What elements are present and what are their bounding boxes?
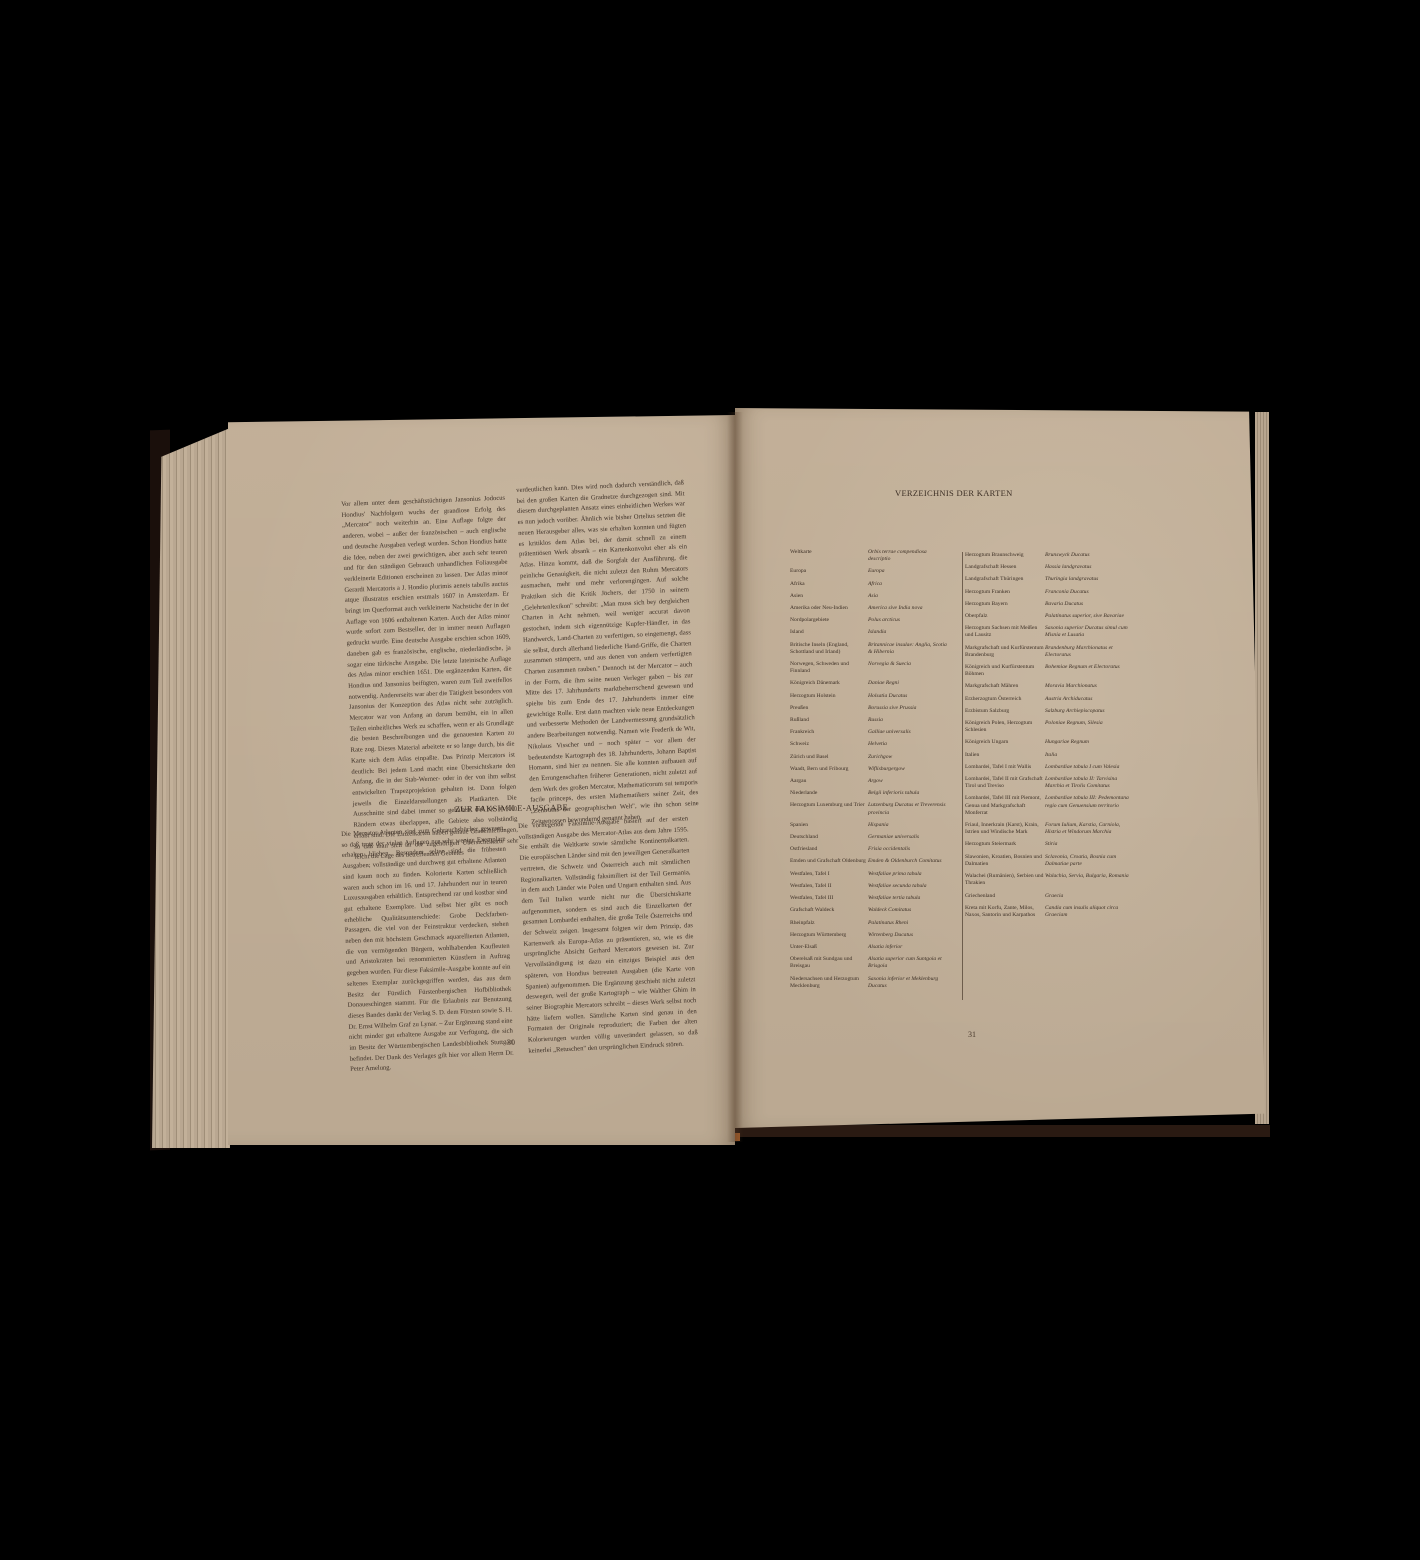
- toc-german-title: Niederlande: [790, 790, 868, 797]
- toc-entry: Britische Inseln (England, Schottland un…: [790, 642, 950, 656]
- toc-german-title: Markgrafschaft Mähren: [965, 683, 1045, 690]
- toc-latin-title: Brandenburg Marchionatus et Electoratus: [1045, 645, 1135, 659]
- toc-entry: GriechenlandGraecia: [965, 893, 1135, 900]
- toc-latin-title: Austria Archiducatus: [1045, 696, 1135, 703]
- toc-latin-title: America sive India nova: [868, 605, 950, 612]
- toc-column-right: Herzogtum BraunschweigBrunswyck DucatusL…: [965, 552, 1135, 924]
- toc-entry: Grafschaft WaldeckWaldeck Comitatus: [790, 907, 950, 914]
- toc-german-title: Griechenland: [965, 893, 1045, 900]
- left-page-column-4: Die vorliegende Faksimile-Ausgabe basier…: [518, 814, 699, 1057]
- toc-german-title: Zürich und Basel: [790, 754, 868, 761]
- book-gutter: [727, 412, 743, 1142]
- toc-latin-title: Moravia Marchionatus: [1045, 683, 1135, 690]
- toc-entry: AfrikaAfrica: [790, 581, 950, 588]
- toc-german-title: Westfalen, Tafel I: [790, 871, 868, 878]
- toc-entry: Herzogtum BraunschweigBrunswyck Ducatus: [965, 552, 1135, 559]
- toc-entry: Herzogtum Luxemburg und TrierLutzenburg …: [790, 802, 950, 816]
- toc-entry: Walachei (Rumänien), Serbien und Thrakie…: [965, 873, 1135, 887]
- toc-entry: Markgrafschaft und Kurfürstentum Branden…: [965, 645, 1135, 659]
- toc-latin-title: Graecia: [1045, 893, 1135, 900]
- toc-latin-title: Daniae Regni: [868, 680, 950, 687]
- toc-entry: SpanienHispania: [790, 822, 950, 829]
- toc-german-title: Europa: [790, 568, 868, 575]
- toc-german-title: Asien: [790, 593, 868, 600]
- toc-latin-title: Argow: [868, 778, 950, 785]
- toc-entry: Niedersachsen und Herzogtum MecklenburgS…: [790, 976, 950, 990]
- toc-entry: Westfalen, Tafel IIWestfaliae secunda ta…: [790, 883, 950, 890]
- left-page-column-2: verdeutlichen kann. Dies wird noch dadur…: [516, 478, 699, 828]
- toc-entry: Westfalen, Tafel IWestfaliae prima tabul…: [790, 871, 950, 878]
- open-book: Vor allem unter dem geschäftstüchtigen J…: [0, 0, 1420, 1560]
- toc-latin-title: Germaniae universalis: [868, 834, 950, 841]
- column-divider: [962, 552, 963, 1000]
- toc-german-title: Lombardei, Tafel I mit Wallis: [965, 764, 1045, 771]
- toc-entry: Zürich und BaselZurichgow: [790, 754, 950, 761]
- toc-latin-title: Salzburg Archiepiscopatus: [1045, 708, 1135, 715]
- toc-entry: DeutschlandGermaniae universalis: [790, 834, 950, 841]
- toc-german-title: Grafschaft Waldeck: [790, 907, 868, 914]
- toc-german-title: Königreich Dänemark: [790, 680, 868, 687]
- toc-german-title: Frankreich: [790, 729, 868, 736]
- toc-latin-title: Islandia: [868, 629, 950, 636]
- toc-german-title: Herzogtum Braunschweig: [965, 552, 1045, 559]
- toc-entry: Emden und Grafschaft OldenburgEmden & Ol…: [790, 858, 950, 865]
- toc-latin-title: Hassia landgravatus: [1045, 564, 1135, 571]
- toc-german-title: Deutschland: [790, 834, 868, 841]
- toc-german-title: Weltkarte: [790, 549, 868, 563]
- toc-entry: ItalienItalia: [965, 752, 1135, 759]
- toc-latin-title: Westfaliae secunda tabula: [868, 883, 950, 890]
- toc-latin-title: Britannicae insulae: Anglia, Scotia & Hi…: [868, 642, 950, 656]
- section-heading: ZUR FAKSIMILE-AUSGABE: [455, 802, 568, 814]
- toc-entry: Herzogtum WürttembergWirtenberg Ducatus: [790, 932, 950, 939]
- toc-latin-title: Sclavonia, Croatia, Bosnia cum Dalmatiae…: [1045, 854, 1135, 868]
- toc-latin-title: Frisia occidentalis: [868, 846, 950, 853]
- toc-entry: Slawonien, Kroatien, Bosnien und Dalmati…: [965, 854, 1135, 868]
- toc-entry: Königreich UngarnHungariae Regnum: [965, 739, 1135, 746]
- toc-entry: NiederlandeBelgii inferioris tabula: [790, 790, 950, 797]
- toc-latin-title: Stiria: [1045, 841, 1135, 848]
- toc-german-title: Friaul, Innerkrain (Karst), Krain, Istri…: [965, 822, 1045, 836]
- toc-latin-title: Lombardiae tabula II: Tarvisina Marchia …: [1045, 776, 1135, 790]
- toc-german-title: Herzogtum Steiermark: [965, 841, 1045, 848]
- toc-latin-title: Borussia sive Prussia: [868, 705, 950, 712]
- toc-entry: Königreich Polen, Herzogtum SchlesienPol…: [965, 720, 1135, 734]
- toc-latin-title: Emden & Oldenburch Comitatus: [868, 858, 950, 865]
- toc-german-title: Landgrafschaft Hessen: [965, 564, 1045, 571]
- toc-german-title: Herzogtum Württemberg: [790, 932, 868, 939]
- toc-entry: Herzogtum HolsteinHolsatia Ducatus: [790, 693, 950, 700]
- toc-german-title: Königreich und Kurfürstentum Böhmen: [965, 664, 1045, 678]
- toc-german-title: Rheinpfalz: [790, 920, 868, 927]
- body-text: Die Mercator-Atlanten sind zum Gebrauchs…: [341, 824, 514, 1076]
- page-title: VERZEICHNIS DER KARTEN: [895, 488, 1013, 498]
- toc-german-title: Markgrafschaft und Kurfürstentum Branden…: [965, 645, 1045, 659]
- toc-latin-title: Thuringia landgravatus: [1045, 576, 1135, 583]
- toc-german-title: Italien: [965, 752, 1045, 759]
- toc-entry: Herzogtum FrankenFranconia Ducatus: [965, 589, 1135, 596]
- toc-german-title: Westfalen, Tafel II: [790, 883, 868, 890]
- toc-latin-title: Italia: [1045, 752, 1135, 759]
- toc-german-title: Norwegen, Schweden und Finnland: [790, 661, 868, 675]
- toc-german-title: Island: [790, 629, 868, 636]
- toc-latin-title: Palatinatus Rheni: [868, 920, 950, 927]
- toc-entry: AargauArgow: [790, 778, 950, 785]
- toc-latin-title: Wiflisburgergow: [868, 766, 950, 773]
- toc-entry: Erzbistum SalzburgSalzburg Archiepiscopa…: [965, 708, 1135, 715]
- toc-entry: OberpfalzPalatinatus superior, sive Bava…: [965, 613, 1135, 620]
- toc-german-title: Herzogtum Bayern: [965, 601, 1045, 608]
- left-page-column-3: Die Mercator-Atlanten sind zum Gebrauchs…: [341, 824, 514, 1076]
- toc-german-title: Emden und Grafschaft Oldenburg: [790, 858, 868, 865]
- page-number-left: 30: [507, 1038, 515, 1047]
- toc-latin-title: Saxonia inferior et Meklenburg Ducatus: [868, 976, 950, 990]
- toc-entry: FrankreichGalliae universalis: [790, 729, 950, 736]
- toc-german-title: Landgrafschaft Thüringen: [965, 576, 1045, 583]
- toc-entry: Landgrafschaft HessenHassia landgravatus: [965, 564, 1135, 571]
- toc-german-title: Herzogtum Sachsen mit Meißen und Lausitz: [965, 625, 1045, 639]
- toc-latin-title: Hispania: [868, 822, 950, 829]
- toc-latin-title: Alsatia superior cum Suntgoia et Brisgoi…: [868, 956, 950, 970]
- toc-latin-title: Zurichgow: [868, 754, 950, 761]
- toc-german-title: Spanien: [790, 822, 868, 829]
- toc-latin-title: Westfaliae tertia tabula: [868, 895, 950, 902]
- toc-german-title: Königreich Ungarn: [965, 739, 1045, 746]
- toc-latin-title: Candia cum insulis aliquot circa Graecia…: [1045, 905, 1135, 919]
- toc-latin-title: Palatinatus superior, sive Bavariae: [1045, 613, 1135, 620]
- toc-entry: AsienAsia: [790, 593, 950, 600]
- toc-latin-title: Galliae universalis: [868, 729, 950, 736]
- toc-latin-title: Polus arcticus: [868, 617, 950, 624]
- toc-german-title: Afrika: [790, 581, 868, 588]
- toc-german-title: Oberelsaß mit Sundgau und Breisgau: [790, 956, 868, 970]
- toc-latin-title: Wirtenberg Ducatus: [868, 932, 950, 939]
- toc-entry: RheinpfalzPalatinatus Rheni: [790, 920, 950, 927]
- body-text: Die vorliegende Faksimile-Ausgabe basier…: [518, 814, 699, 1057]
- toc-entry: Lombardei, Tafel II mit Grafschaft Tirol…: [965, 776, 1135, 790]
- toc-entry: Amerika oder Neu-IndienAmerica sive Indi…: [790, 605, 950, 612]
- toc-entry: Erzherzogtum ÖsterreichAustria Archiduca…: [965, 696, 1135, 703]
- toc-german-title: Kreta mit Korfu, Zante, Milos, Naxos, Sa…: [965, 905, 1045, 919]
- toc-entry: Norwegen, Schweden und FinnlandNorvegia …: [790, 661, 950, 675]
- toc-german-title: Unter-Elsaß: [790, 944, 868, 951]
- toc-entry: EuropaEuropa: [790, 568, 950, 575]
- toc-german-title: Britische Inseln (England, Schottland un…: [790, 642, 868, 656]
- page-stack-left: [152, 428, 230, 1148]
- toc-entry: Kreta mit Korfu, Zante, Milos, Naxos, Sa…: [965, 905, 1135, 919]
- toc-entry: RußlandRussia: [790, 717, 950, 724]
- toc-german-title: Lombardei, Tafel III mit Piemont, Genua …: [965, 795, 1045, 817]
- toc-german-title: Schweiz: [790, 741, 868, 748]
- toc-entry: Lombardei, Tafel III mit Piemont, Genua …: [965, 795, 1135, 817]
- toc-latin-title: Franconia Ducatus: [1045, 589, 1135, 596]
- toc-entry: Lombardei, Tafel I mit WallisLombardiae …: [965, 764, 1135, 771]
- toc-latin-title: Helvetia: [868, 741, 950, 748]
- toc-german-title: Amerika oder Neu-Indien: [790, 605, 868, 612]
- toc-german-title: Herzogtum Luxemburg und Trier: [790, 802, 868, 816]
- toc-german-title: Herzogtum Holstein: [790, 693, 868, 700]
- page-number-right: 31: [968, 1030, 976, 1039]
- toc-latin-title: Russia: [868, 717, 950, 724]
- toc-german-title: Niedersachsen und Herzogtum Mecklenburg: [790, 976, 868, 990]
- toc-german-title: Aargau: [790, 778, 868, 785]
- toc-latin-title: Lutzenburg Ducatus et Treverensis provin…: [868, 802, 950, 816]
- toc-latin-title: Brunswyck Ducatus: [1045, 552, 1135, 559]
- toc-german-title: Erzherzogtum Österreich: [965, 696, 1045, 703]
- toc-latin-title: Alsatia inferior: [868, 944, 950, 951]
- toc-entry: OstfrieslandFrisia occidentalis: [790, 846, 950, 853]
- toc-german-title: Erzbistum Salzburg: [965, 708, 1045, 715]
- toc-german-title: Slawonien, Kroatien, Bosnien und Dalmati…: [965, 854, 1045, 868]
- toc-entry: IslandIslandia: [790, 629, 950, 636]
- toc-entry: WeltkarteOrbis terrae compendiosa descri…: [790, 549, 950, 563]
- toc-latin-title: Bohemiae Regnum et Electoratus: [1045, 664, 1135, 678]
- toc-entry: Herzogtum SteiermarkStiria: [965, 841, 1135, 848]
- toc-latin-title: Bavaria Ducatus: [1045, 601, 1135, 608]
- toc-entry: Landgrafschaft ThüringenThuringia landgr…: [965, 576, 1135, 583]
- toc-latin-title: Lombardiae tabula I cum Valesia: [1045, 764, 1135, 771]
- toc-latin-title: Saxonia superior Ducatus simul cum Misni…: [1045, 625, 1135, 639]
- toc-latin-title: Belgii inferioris tabula: [868, 790, 950, 797]
- toc-entry: SchweizHelvetia: [790, 741, 950, 748]
- toc-latin-title: Lombardiae tabula III: Pedemontana regio…: [1045, 795, 1135, 817]
- toc-german-title: Ostfriesland: [790, 846, 868, 853]
- toc-latin-title: Walachia, Servia, Bulgaria, Romania: [1045, 873, 1135, 887]
- toc-latin-title: Holsatia Ducatus: [868, 693, 950, 700]
- toc-entry: Friaul, Innerkrain (Karst), Krain, Istri…: [965, 822, 1135, 836]
- toc-entry: Oberelsaß mit Sundgau und BreisgauAlsati…: [790, 956, 950, 970]
- toc-german-title: Lombardei, Tafel II mit Grafschaft Tirol…: [965, 776, 1045, 790]
- toc-german-title: Nordpolargebiete: [790, 617, 868, 624]
- body-text: verdeutlichen kann. Dies wird noch dadur…: [516, 478, 699, 828]
- toc-entry: Unter-ElsaßAlsatia inferior: [790, 944, 950, 951]
- toc-latin-title: Orbis terrae compendiosa descriptio: [868, 549, 950, 563]
- toc-entry: PreußenBorussia sive Prussia: [790, 705, 950, 712]
- toc-german-title: Rußland: [790, 717, 868, 724]
- toc-german-title: Walachei (Rumänien), Serbien und Thrakie…: [965, 873, 1045, 887]
- toc-latin-title: Norvegia & Suecia: [868, 661, 950, 675]
- toc-entry: Herzogtum Sachsen mit Meißen und Lausitz…: [965, 625, 1135, 639]
- toc-entry: NordpolargebietePolus arcticus: [790, 617, 950, 624]
- toc-german-title: Waadt, Bern und Fribourg: [790, 766, 868, 773]
- toc-entry: Markgrafschaft MährenMoravia Marchionatu…: [965, 683, 1135, 690]
- toc-entry: Herzogtum BayernBavaria Ducatus: [965, 601, 1135, 608]
- toc-german-title: Oberpfalz: [965, 613, 1045, 620]
- toc-entry: Waadt, Bern und FribourgWiflisburgergow: [790, 766, 950, 773]
- toc-entry: Westfalen, Tafel IIIWestfaliae tertia ta…: [790, 895, 950, 902]
- toc-latin-title: Waldeck Comitatus: [868, 907, 950, 914]
- toc-german-title: Preußen: [790, 705, 868, 712]
- toc-german-title: Westfalen, Tafel III: [790, 895, 868, 902]
- toc-latin-title: Europa: [868, 568, 950, 575]
- toc-latin-title: Hungariae Regnum: [1045, 739, 1135, 746]
- toc-latin-title: Poloniae Regnum, Silesia: [1045, 720, 1135, 734]
- toc-latin-title: Westfaliae prima tabula: [868, 871, 950, 878]
- toc-entry: Königreich und Kurfürstentum BöhmenBohem…: [965, 664, 1135, 678]
- toc-entry: Königreich DänemarkDaniae Regni: [790, 680, 950, 687]
- toc-german-title: Königreich Polen, Herzogtum Schlesien: [965, 720, 1045, 734]
- toc-latin-title: Africa: [868, 581, 950, 588]
- toc-latin-title: Forum Iulium, Karstia, Carniola, Histria…: [1045, 822, 1135, 836]
- toc-german-title: Herzogtum Franken: [965, 589, 1045, 596]
- toc-column-left: WeltkarteOrbis terrae compendiosa descri…: [790, 549, 950, 995]
- toc-latin-title: Asia: [868, 593, 950, 600]
